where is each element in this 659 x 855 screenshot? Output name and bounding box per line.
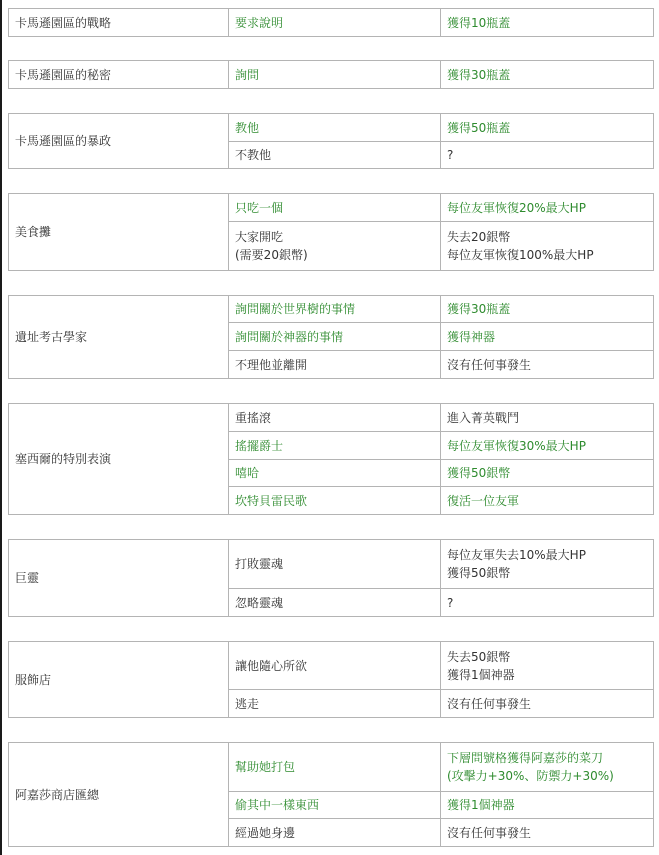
result-cell: 失去20銀幣 每位友軍恢復100%最大HP [441,222,654,271]
result-cell: 每位友軍失去10%最大HP 獲得50銀幣 [441,540,654,589]
choice-cell: 經過她身邊 [229,819,441,847]
event-table: 服飾店 讓他隨心所欲 失去50銀幣 獲得1個神器 逃走 沒有任何事發生 [8,641,654,718]
event-table: 卡馬遜園區的秘密 詢問 獲得30瓶蓋 [8,60,654,89]
result-cell: 獲得1個神器 [441,792,654,819]
result-line: 每位友軍失去10%最大HP [447,546,647,564]
result-line: (攻擊力+30%、防禦力+30%) [447,767,647,785]
choice-line: (需要20銀幣) [235,246,434,264]
result-cell: 獲得神器 [441,323,654,351]
result-cell: 每位友軍恢復20%最大HP [441,194,654,222]
event-name: 遺址考古學家 [9,296,229,379]
event-table: 阿嘉莎商店匯總 幫助她打包 下層問號格獲得阿嘉莎的菜刀 (攻擊力+30%、防禦力… [8,742,654,847]
table-row: 卡馬遜園區的秘密 詢問 獲得30瓶蓋 [9,61,654,89]
result-line: 下層問號格獲得阿嘉莎的菜刀 [447,749,647,767]
event-name: 卡馬遜園區的戰略 [9,9,229,37]
result-cell: ? [441,589,654,617]
result-cell: 每位友軍恢復30%最大HP [441,432,654,460]
event-name: 卡馬遜園區的秘密 [9,61,229,89]
event-table: 塞西爾的特別表演 重搖滾 進入菁英戰鬥 搖擺爵士 每位友軍恢復30%最大HP 嘻… [8,403,654,515]
table-row: 遺址考古學家 詢問關於世界樹的事情 獲得30瓶蓋 [9,296,654,323]
table-row: 美食攤 只吃一個 每位友軍恢復20%最大HP [9,194,654,222]
table-row: 巨靈 打敗靈魂 每位友軍失去10%最大HP 獲得50銀幣 [9,540,654,589]
event-name: 美食攤 [9,194,229,271]
result-cell: 沒有任何事發生 [441,351,654,379]
table-row: 阿嘉莎商店匯總 幫助她打包 下層問號格獲得阿嘉莎的菜刀 (攻擊力+30%、防禦力… [9,743,654,792]
event-name: 塞西爾的特別表演 [9,404,229,515]
choice-cell: 重搖滾 [229,404,441,432]
choice-cell: 打敗靈魂 [229,540,441,589]
choice-cell: 忽略靈魂 [229,589,441,617]
event-table: 巨靈 打敗靈魂 每位友軍失去10%最大HP 獲得50銀幣 忽略靈魂 ? [8,539,654,617]
result-line: 失去20銀幣 [447,228,647,246]
table-row: 卡馬遜園區的暴政 教他 獲得50瓶蓋 [9,114,654,142]
result-cell: ? [441,142,654,169]
event-name: 卡馬遜園區的暴政 [9,114,229,169]
result-cell: 復活一位友軍 [441,487,654,515]
choice-cell: 嘻哈 [229,460,441,487]
event-name: 巨靈 [9,540,229,617]
event-table: 遺址考古學家 詢問關於世界樹的事情 獲得30瓶蓋 詢問關於神器的事情 獲得神器 … [8,295,654,379]
result-cell: 沒有任何事發生 [441,819,654,847]
result-line: 獲得50銀幣 [447,564,647,582]
choice-cell: 要求說明 [229,9,441,37]
event-table: 卡馬遜園區的暴政 教他 獲得50瓶蓋 不教他 ? [8,113,654,169]
result-cell: 進入菁英戰鬥 [441,404,654,432]
choice-cell: 教他 [229,114,441,142]
result-line: 獲得1個神器 [447,666,647,684]
result-cell: 獲得50瓶蓋 [441,114,654,142]
choice-cell: 詢問關於神器的事情 [229,323,441,351]
result-cell: 獲得50銀幣 [441,460,654,487]
result-line: 每位友軍恢復100%最大HP [447,246,647,264]
table-row: 卡馬遜園區的戰略 要求說明 獲得10瓶蓋 [9,9,654,37]
result-cell: 獲得30瓶蓋 [441,296,654,323]
choice-cell: 大家開吃 (需要20銀幣) [229,222,441,271]
choice-cell: 詢問 [229,61,441,89]
choice-cell: 只吃一個 [229,194,441,222]
event-name: 服飾店 [9,642,229,718]
result-cell: 獲得10瓶蓋 [441,9,654,37]
choice-cell: 坎特貝雷民歌 [229,487,441,515]
result-line: 失去50銀幣 [447,648,647,666]
table-row: 服飾店 讓他隨心所欲 失去50銀幣 獲得1個神器 [9,642,654,690]
result-cell: 沒有任何事發生 [441,690,654,718]
result-cell: 失去50銀幣 獲得1個神器 [441,642,654,690]
page-left-border [0,0,2,855]
event-table: 卡馬遜園區的戰略 要求說明 獲得10瓶蓋 [8,8,654,37]
table-row: 塞西爾的特別表演 重搖滾 進入菁英戰鬥 [9,404,654,432]
result-cell: 獲得30瓶蓋 [441,61,654,89]
choice-cell: 偷其中一樣東西 [229,792,441,819]
choice-line: 大家開吃 [235,228,434,246]
choice-cell: 讓他隨心所欲 [229,642,441,690]
choice-cell: 逃走 [229,690,441,718]
choice-cell: 幫助她打包 [229,743,441,792]
result-cell: 下層問號格獲得阿嘉莎的菜刀 (攻擊力+30%、防禦力+30%) [441,743,654,792]
event-table: 美食攤 只吃一個 每位友軍恢復20%最大HP 大家開吃 (需要20銀幣) 失去2… [8,193,654,271]
event-name: 阿嘉莎商店匯總 [9,743,229,847]
choice-cell: 不教他 [229,142,441,169]
choice-cell: 搖擺爵士 [229,432,441,460]
choice-cell: 詢問關於世界樹的事情 [229,296,441,323]
choice-cell: 不理他並離開 [229,351,441,379]
